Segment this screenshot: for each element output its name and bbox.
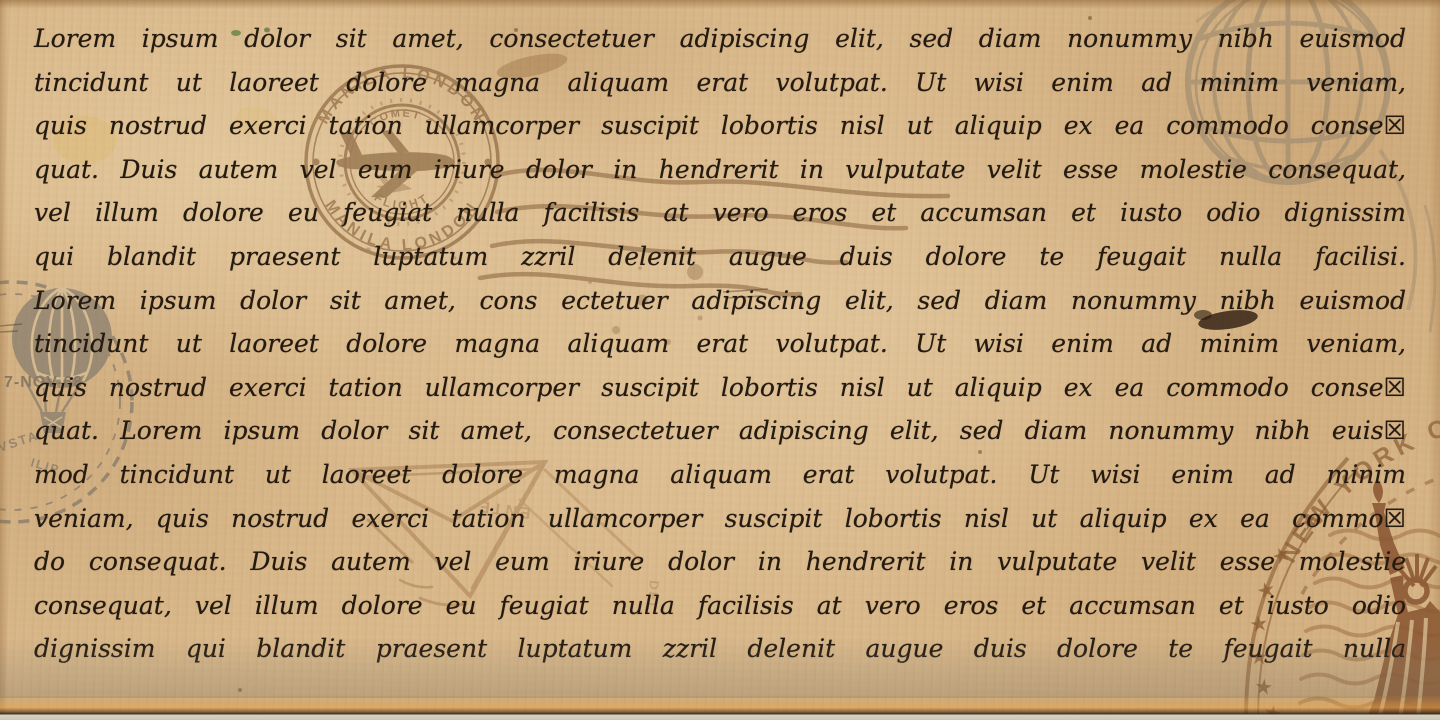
letter-line: quis nostrud exerci tation ullamcorper s… xyxy=(34,366,1406,410)
letter-line: tincidunt ut laoreet dolore magna aliqua… xyxy=(34,322,1406,366)
paper-top-edge xyxy=(0,0,1440,9)
letter-line: qui blandit praesent luptatum zzril dele… xyxy=(34,235,1406,279)
handwritten-letter-text: Lorem ipsum dolor sit amet, consectetuer… xyxy=(34,17,1406,671)
letter-line: tincidunt ut laoreet dolore magna aliqua… xyxy=(34,61,1406,105)
letter-line: Lorem ipsum dolor sit amet, cons ectetue… xyxy=(34,279,1406,323)
paper-bottom-shading xyxy=(0,638,1440,698)
letter-line: quat. Lorem ipsum dolor sit amet, consec… xyxy=(34,409,1406,453)
letter-line: vel illum dolore eu feugiat nulla facili… xyxy=(34,191,1406,235)
letter-line: veniam, quis nostrud exerci tation ullam… xyxy=(34,497,1406,541)
letter-line: quat. Duis autem vel eum iriure dolor in… xyxy=(34,148,1406,192)
letter-line: consequat, vel illum dolore eu feugiat n… xyxy=(34,584,1406,628)
letter-line: Lorem ipsum dolor sit amet, consectetuer… xyxy=(34,17,1406,61)
paper-torn-bottom-edge xyxy=(0,696,1440,720)
vintage-travel-letter: { "letter": { "lines": [ "Lorem ipsum do… xyxy=(0,0,1440,720)
letter-line: do consequat. Duis autem vel eum iriure … xyxy=(34,540,1406,584)
letter-line: mod tincidunt ut laoreet dolore magna al… xyxy=(34,453,1406,497)
letter-line: quis nostrud exerci tation ullamcorper s… xyxy=(34,104,1406,148)
paper-right-edge xyxy=(1428,0,1440,720)
paper-left-edge xyxy=(0,0,8,720)
